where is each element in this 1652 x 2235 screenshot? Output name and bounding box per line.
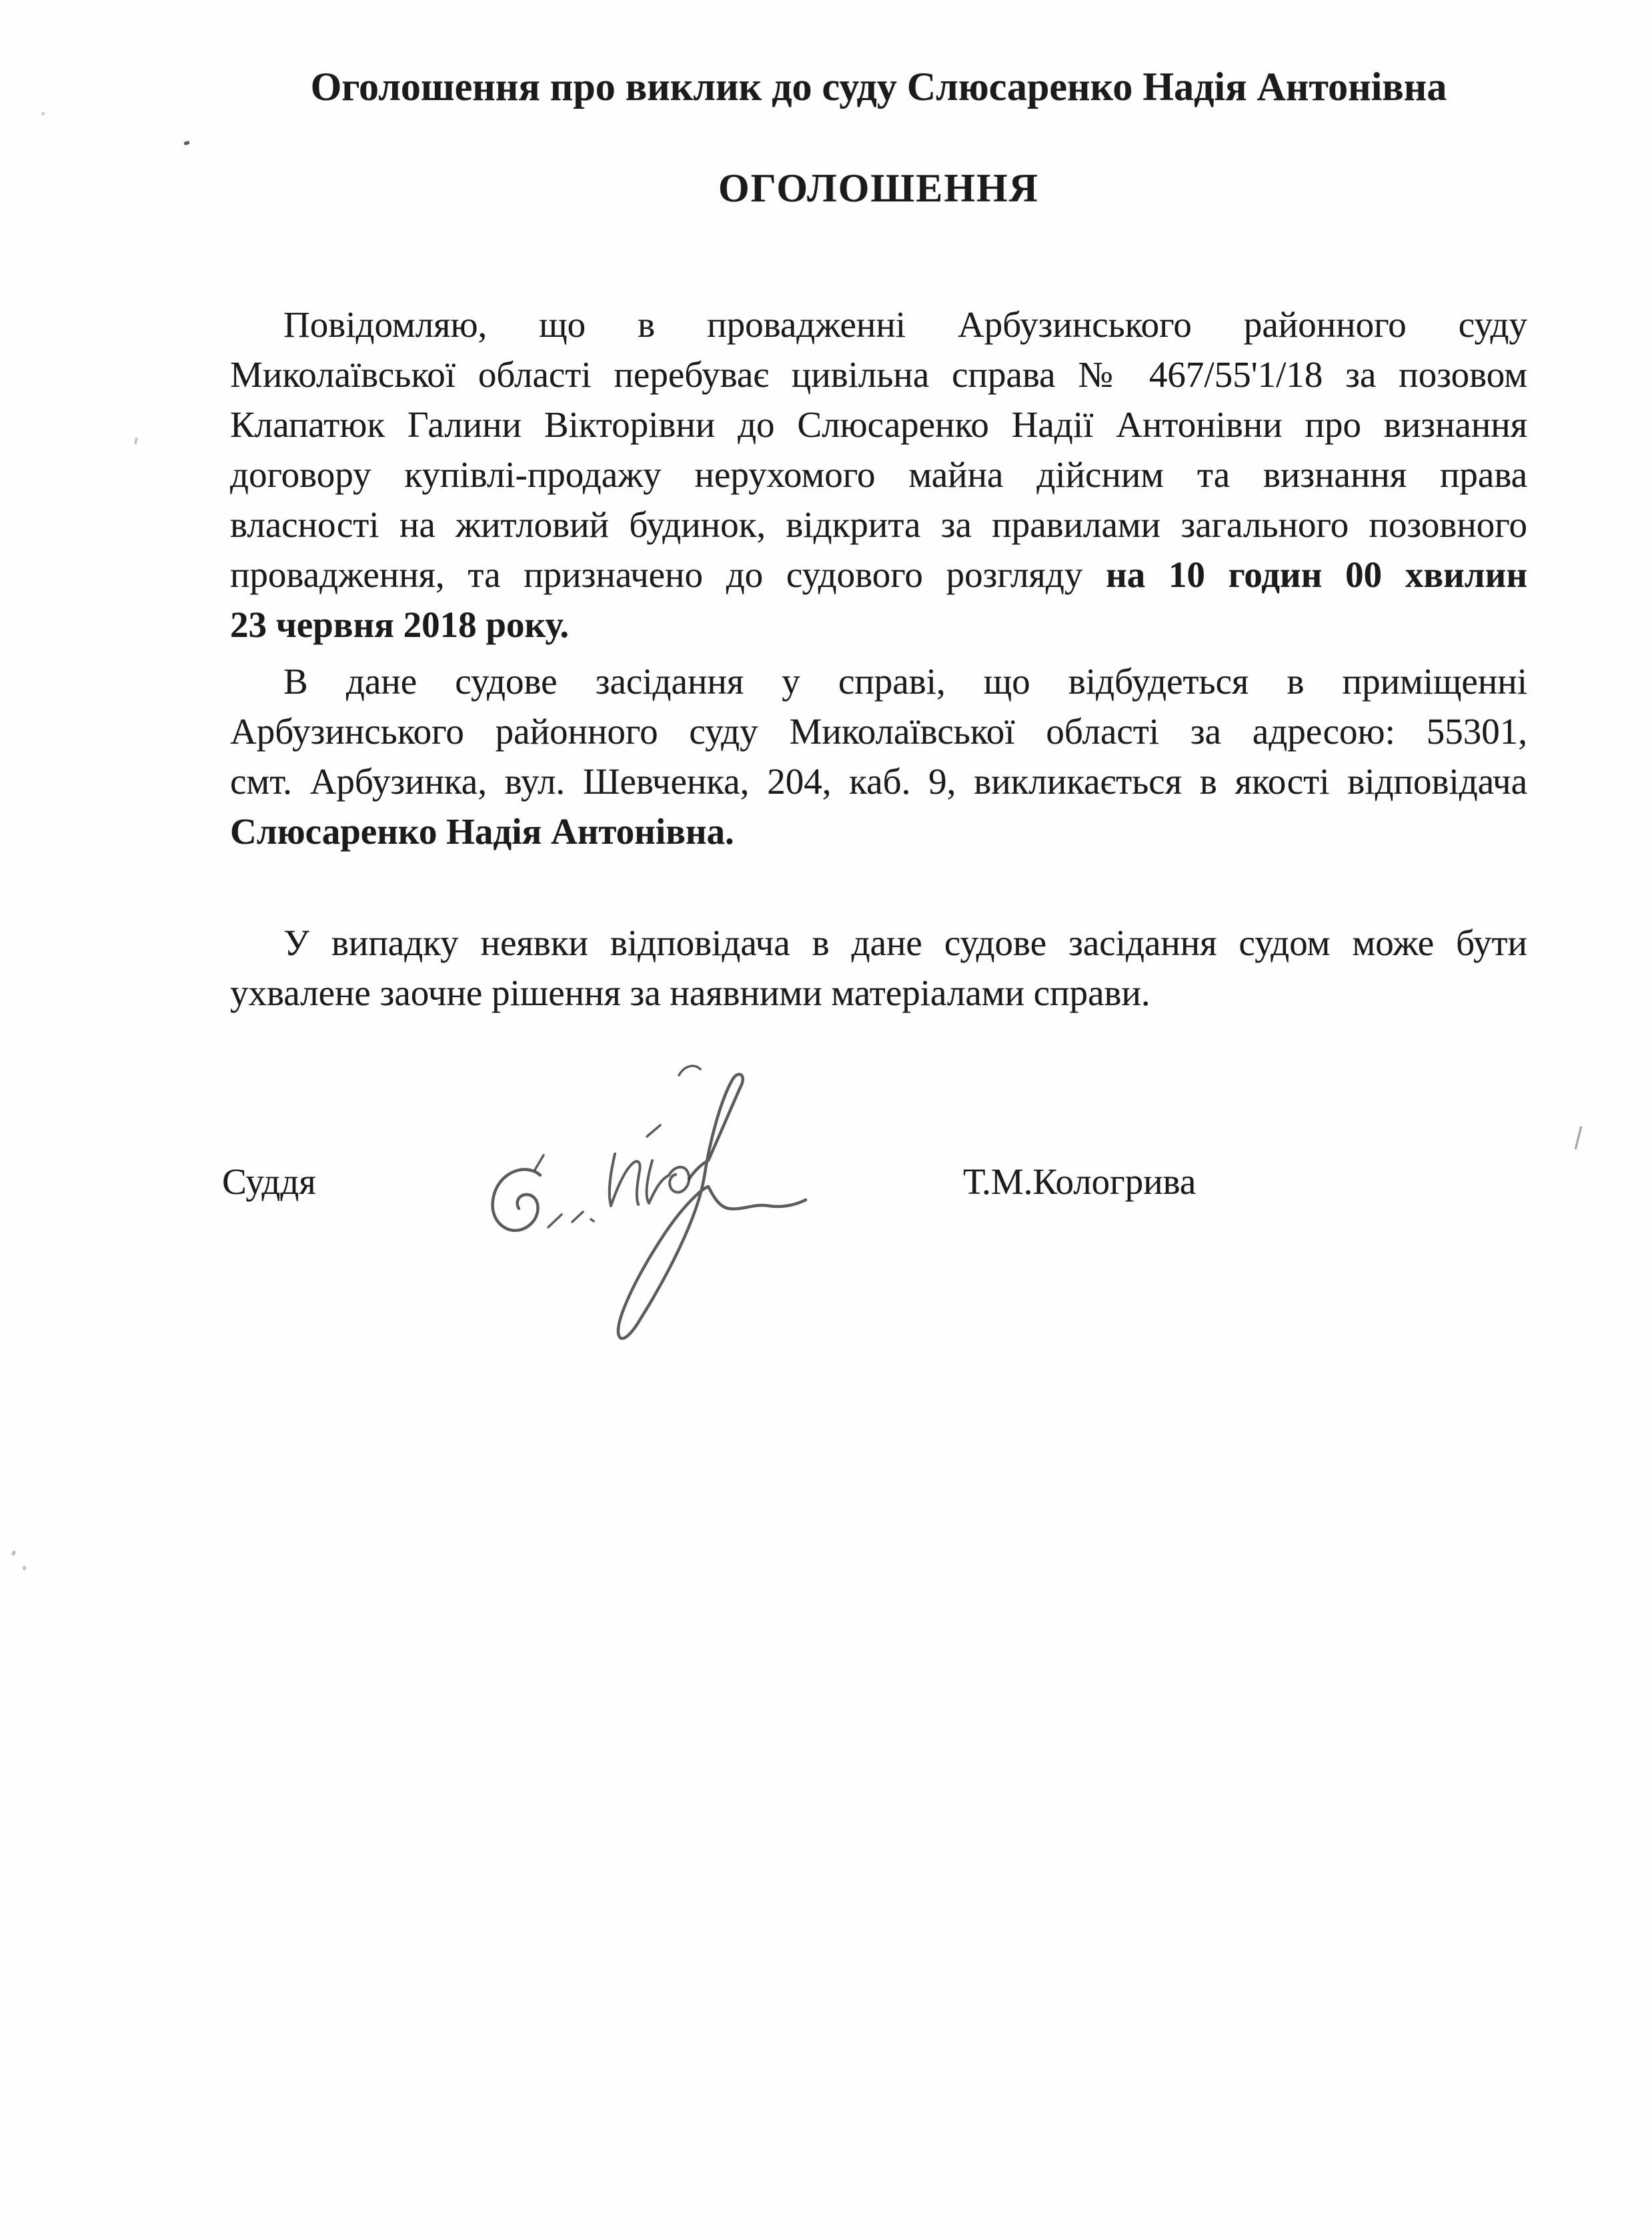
hearing-time-bold: на 10 годин 00 хвилин <box>1106 554 1527 595</box>
paragraph-line: ухвалене заочне рішення за наявними мате… <box>230 968 1527 1018</box>
judge-name: Т.М.Кологрива <box>963 1157 1196 1207</box>
paragraph-line-text: провадження, та призначено до судового р… <box>230 554 1082 595</box>
paragraph-line: Повідомляю, що в провадженні Арбузинсько… <box>230 299 1527 349</box>
hearing-date-text: 23 червня 2018 року. <box>230 600 1527 650</box>
scan-artifact <box>41 112 45 115</box>
paragraph-line: провадження, та призначено до судового р… <box>230 550 1527 600</box>
scan-artifact <box>11 1550 16 1555</box>
document-title: Оголошення про виклик до суду Слюсаренко… <box>230 60 1527 113</box>
paragraph-case-info: Повідомляю, що в провадженні Арбузинсько… <box>230 299 1527 600</box>
document-text-block: Оголошення про виклик до суду Слюсаренко… <box>230 0 1527 1207</box>
handwritten-signature <box>440 1055 814 1382</box>
paragraph-warning: У випадку неявки відповідача в дане судо… <box>230 918 1527 1018</box>
paragraph-line: Арбузинського районного суду Миколаївськ… <box>230 706 1527 756</box>
paragraph-line: Клапатюк Галини Вікторівни до Слюсаренко… <box>230 400 1527 450</box>
hearing-date-line: 23 червня 2018 року. <box>230 600 1527 650</box>
defendant-name-bold: Слюсаренко Надія Антонівна. <box>230 806 1527 856</box>
announcement-heading: ОГОЛОШЕННЯ <box>230 161 1527 215</box>
scan-artifact <box>1575 1126 1583 1150</box>
paragraph-summons: В дане судове засідання у справі, що від… <box>230 656 1527 856</box>
signature-row: Суддя Т.М.Кологрива <box>230 1157 1527 1207</box>
judge-role-label: Суддя <box>222 1157 316 1207</box>
scanned-court-announcement-page: Оголошення про виклик до суду Слюсаренко… <box>0 0 1652 2235</box>
scan-artifact <box>183 141 189 145</box>
paragraph-line: У випадку неявки відповідача в дане судо… <box>230 918 1527 968</box>
paragraph-line: смт. Арбузинка, вул. Шевченка, 204, каб.… <box>230 756 1527 806</box>
paragraph-line: договору купівлі-продажу нерухомого майн… <box>230 450 1527 500</box>
scan-artifact <box>134 438 138 445</box>
paragraph-line: власності на житловий будинок, відкрита … <box>230 500 1527 550</box>
scan-artifact <box>23 1566 27 1571</box>
paragraph-line: Миколаївської області перебуває цивільна… <box>230 349 1527 400</box>
paragraph-line: В дане судове засідання у справі, що від… <box>230 656 1527 706</box>
